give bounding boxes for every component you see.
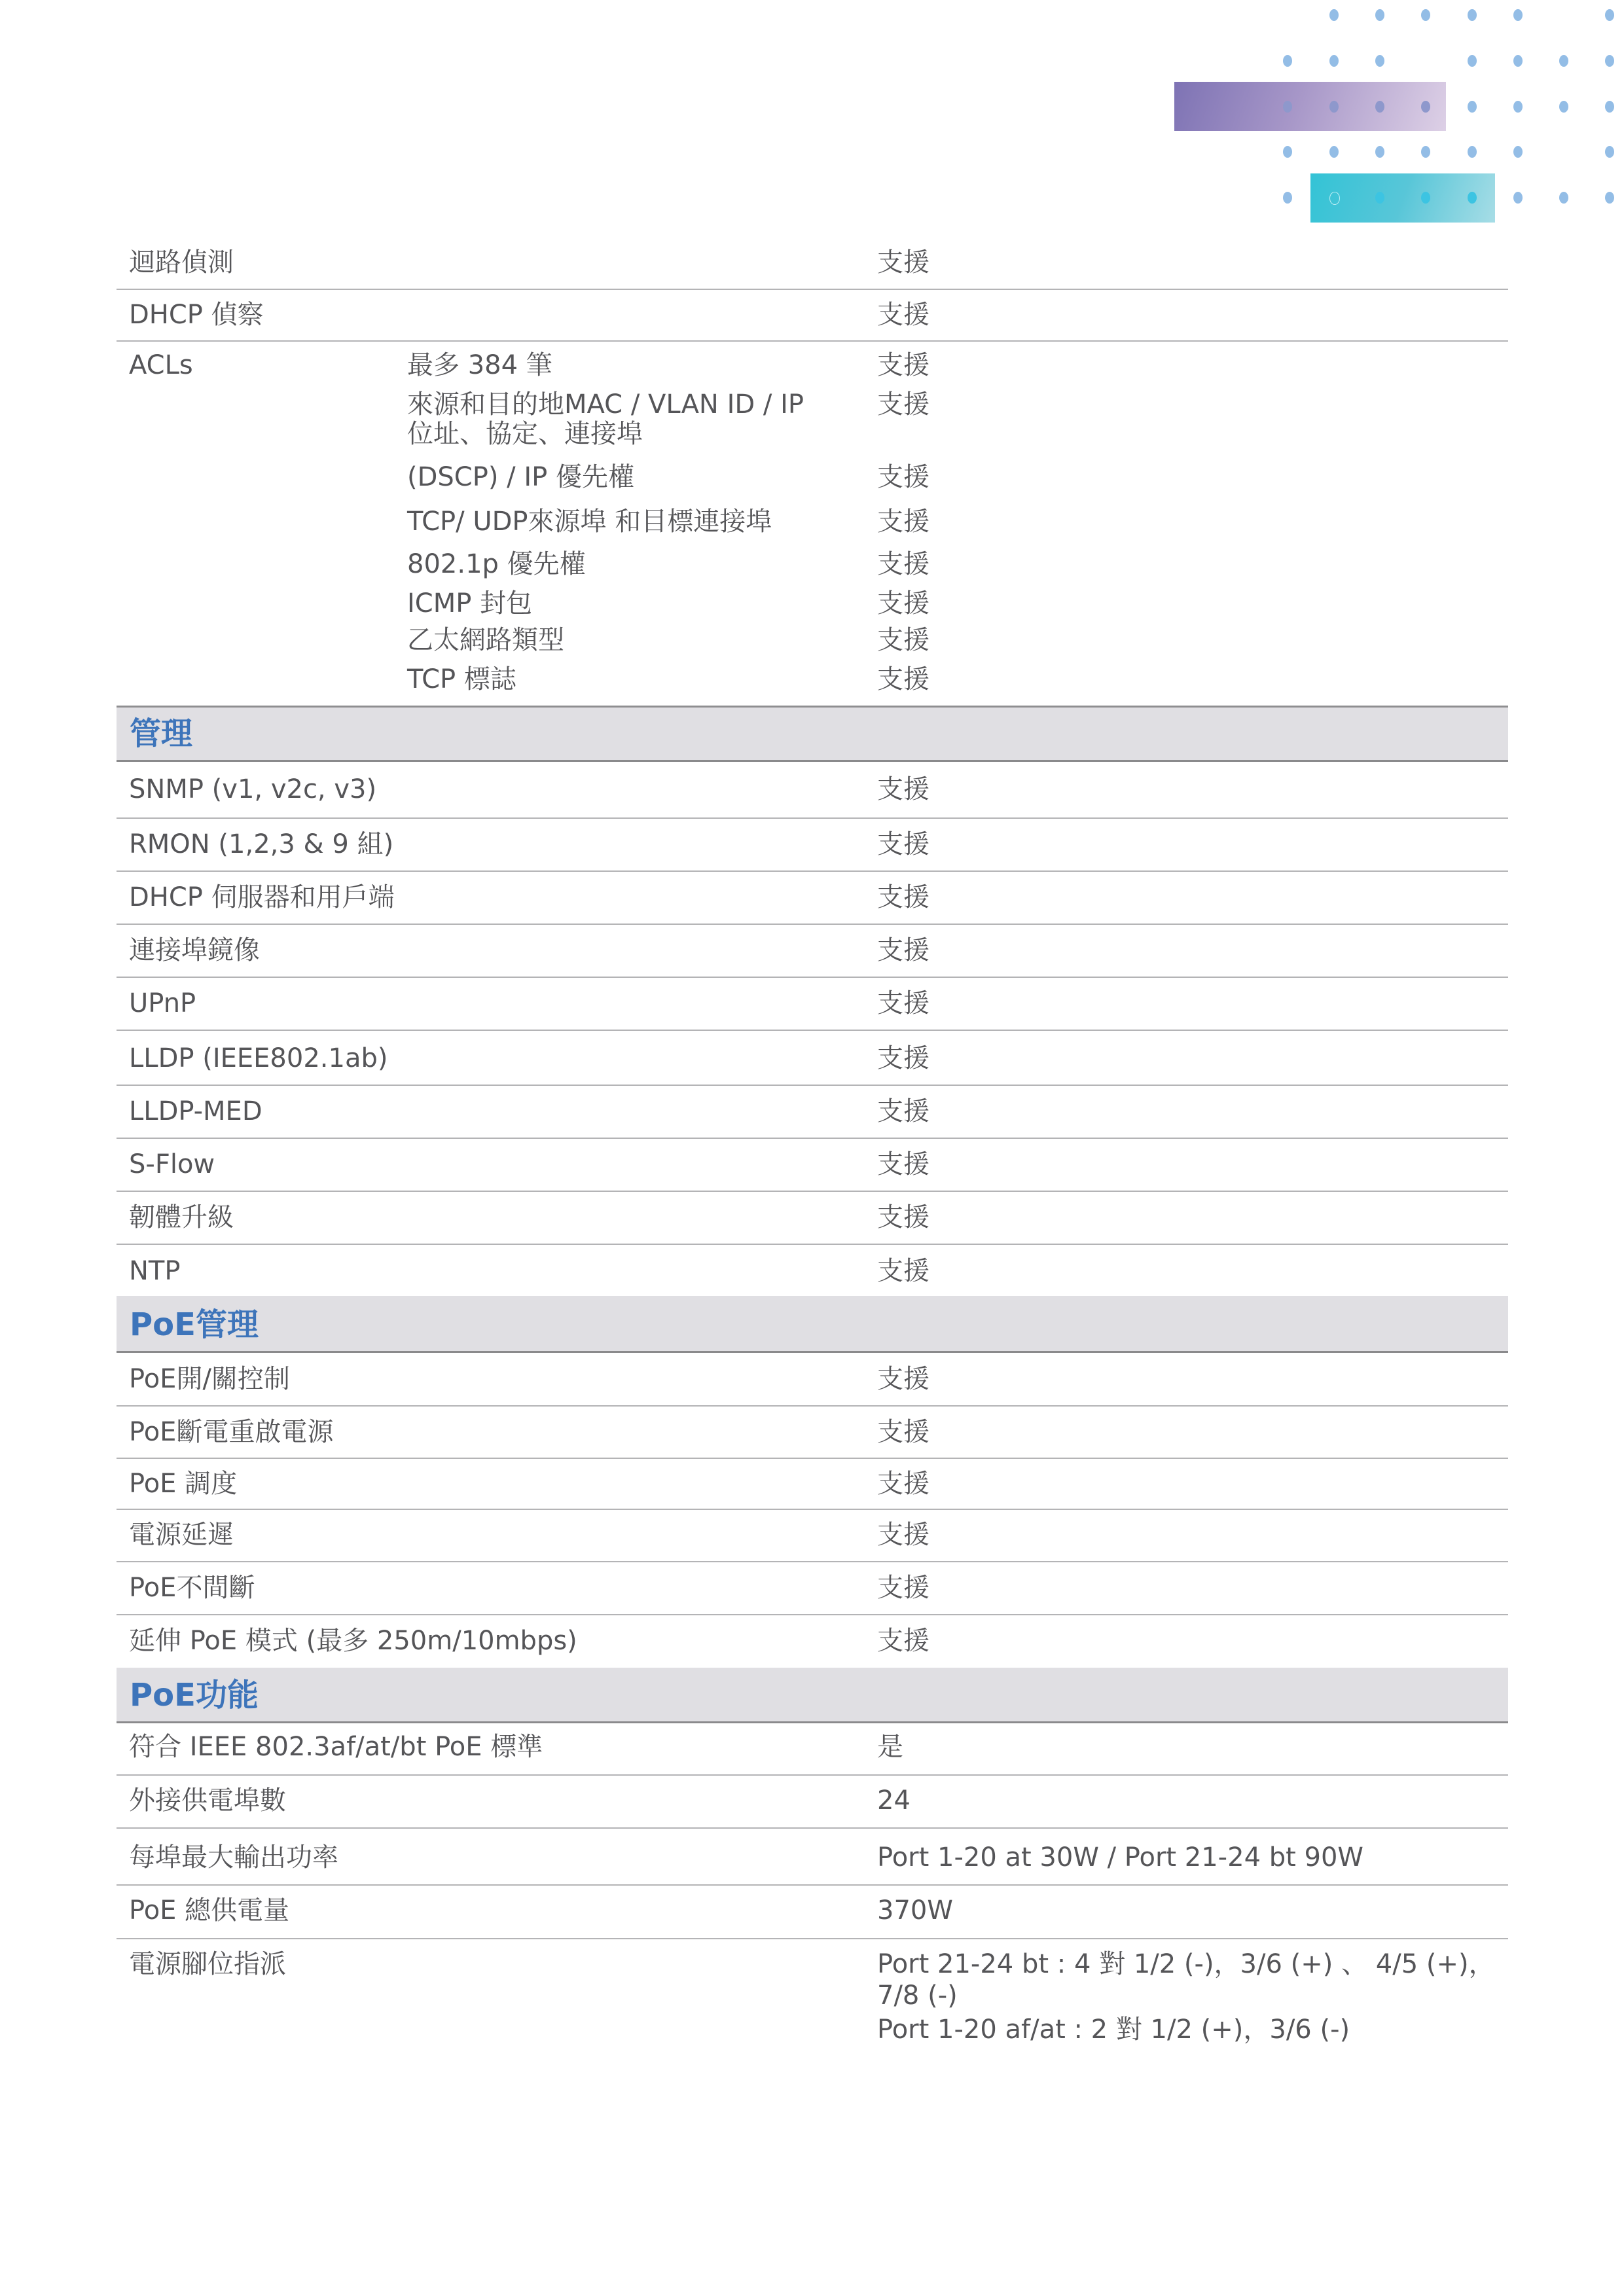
acl-item-label: (DSCP) / IP 優先權 bbox=[407, 461, 634, 493]
spec-table: 迴路偵測 支援 DHCP 偵察 支援 ACLs 最多 384 筆 支援 來源和目… bbox=[117, 236, 1508, 2070]
section-title: 管理 bbox=[130, 715, 192, 752]
spec-row: 每埠最大輸出功率 Port 1-20 at 30W / Port 21-24 b… bbox=[117, 1829, 1508, 1886]
acls-label: ACLs bbox=[129, 350, 193, 381]
spec-label: LLDP (IEEE802.1ab) bbox=[129, 1043, 388, 1074]
spec-label: NTP bbox=[129, 1255, 180, 1287]
spec-value: 支援 bbox=[877, 1625, 929, 1657]
acl-item-label: 最多 384 筆 bbox=[407, 350, 552, 381]
spec-value: Port 21-24 bt : 4 對 1/2 (-)，3/6 (+) 、 4/… bbox=[877, 1948, 1506, 2011]
acl-item-value: 支援 bbox=[877, 588, 929, 619]
dot-icon bbox=[1283, 55, 1292, 67]
spec-row: PoE不間斷 支援 bbox=[117, 1562, 1508, 1615]
spec-row: SNMP (v1, v2c, v3) 支援 bbox=[117, 762, 1508, 819]
acl-item-label: ICMP 封包 bbox=[407, 588, 532, 619]
spec-value: 支援 bbox=[877, 1255, 929, 1287]
spec-value: 支援 bbox=[877, 882, 929, 913]
acl-item-value: 支援 bbox=[877, 389, 929, 420]
dot-icon bbox=[1605, 146, 1614, 158]
dot-icon bbox=[1329, 9, 1339, 21]
header-decoration bbox=[0, 0, 1624, 236]
spec-row: 延伸 PoE 模式 (最多 250m/10mbps) 支援 bbox=[117, 1615, 1508, 1668]
spec-label: 電源腳位指派 bbox=[129, 1948, 286, 1980]
spec-row: PoE開/關控制 支援 bbox=[117, 1353, 1508, 1407]
dot-icon bbox=[1468, 55, 1477, 67]
dot-icon bbox=[1605, 55, 1614, 67]
spec-value: 支援 bbox=[877, 1572, 929, 1604]
section-header-poe-management: PoE管理 bbox=[117, 1296, 1508, 1353]
acl-item-value: 支援 bbox=[877, 548, 929, 580]
spec-value: 支援 bbox=[877, 1202, 929, 1233]
spec-label: 每埠最大輸出功率 bbox=[129, 1842, 338, 1873]
spec-value: 支援 bbox=[877, 1468, 929, 1499]
spec-label: UPnP bbox=[129, 988, 196, 1019]
spec-value: 支援 bbox=[877, 1043, 929, 1074]
spec-label: 外接供電埠數 bbox=[129, 1785, 286, 1816]
acl-item-label: 來源和目的地MAC / VLAN ID / IP bbox=[407, 389, 804, 420]
acls-block: ACLs 最多 384 筆 支援 來源和目的地MAC / VLAN ID / I… bbox=[117, 342, 1508, 706]
spec-label: LLDP-MED bbox=[129, 1096, 262, 1127]
acl-item-label: 乙太網路類型 bbox=[407, 624, 564, 656]
spec-row: 電源延遲 支援 bbox=[117, 1510, 1508, 1562]
spec-value: 支援 bbox=[877, 1149, 929, 1180]
spec-label: 電源延遲 bbox=[129, 1519, 234, 1551]
spec-value: 支援 bbox=[877, 829, 929, 860]
dot-icon bbox=[1421, 192, 1430, 204]
spec-value-cont: Port 1-20 af/at : 2 對 1/2 (+)，3/6 (-) bbox=[877, 2014, 1350, 2045]
spec-row: PoE 總供電量 370W bbox=[117, 1886, 1508, 1939]
dot-icon bbox=[1559, 101, 1568, 113]
dot-icon bbox=[1375, 101, 1384, 113]
dot-icon bbox=[1421, 9, 1430, 21]
acl-item-label: TCP 標誌 bbox=[407, 664, 516, 695]
acl-item-value: 支援 bbox=[877, 350, 929, 381]
dot-icon bbox=[1283, 146, 1292, 158]
dot-outline-icon bbox=[1329, 192, 1340, 205]
dot-icon bbox=[1513, 101, 1523, 113]
spec-row: 韌體升級 支援 bbox=[117, 1192, 1508, 1245]
dot-icon bbox=[1468, 192, 1477, 204]
spec-label: PoE 總供電量 bbox=[129, 1895, 289, 1926]
spec-row: PoE斷電重啟電源 支援 bbox=[117, 1407, 1508, 1459]
dot-icon bbox=[1329, 146, 1339, 158]
acl-item-label: TCP/ UDP來源埠 和目標連接埠 bbox=[407, 506, 772, 537]
spec-value: 是 bbox=[877, 1731, 903, 1763]
spec-row: DHCP 伺服器和用戶端 支援 bbox=[117, 872, 1508, 925]
dot-icon bbox=[1513, 55, 1523, 67]
section-title: PoE管理 bbox=[130, 1306, 259, 1343]
spec-label: PoE開/關控制 bbox=[129, 1363, 290, 1395]
spec-label: 韌體升級 bbox=[129, 1202, 234, 1233]
spec-label: 連接埠鏡像 bbox=[129, 935, 260, 966]
spec-label: SNMP (v1, v2c, v3) bbox=[129, 774, 376, 805]
dot-icon bbox=[1559, 192, 1568, 204]
spec-value: Port 1-20 at 30W / Port 21-24 bt 90W bbox=[877, 1842, 1363, 1873]
spec-label: 延伸 PoE 模式 (最多 250m/10mbps) bbox=[129, 1625, 577, 1657]
spec-value: 支援 bbox=[877, 1519, 929, 1551]
spec-row: 外接供電埠數 24 bbox=[117, 1776, 1508, 1829]
spec-row: NTP 支援 bbox=[117, 1245, 1508, 1296]
acl-item-value: 支援 bbox=[877, 461, 929, 493]
spec-label: DHCP 偵察 bbox=[129, 299, 264, 331]
purple-gradient-bar bbox=[1174, 82, 1446, 131]
dot-icon bbox=[1513, 192, 1523, 204]
dot-icon bbox=[1559, 55, 1568, 67]
spec-label: PoE不間斷 bbox=[129, 1572, 255, 1604]
dot-icon bbox=[1375, 146, 1384, 158]
section-title: PoE功能 bbox=[130, 1677, 259, 1713]
dot-icon bbox=[1421, 101, 1430, 113]
dot-icon bbox=[1468, 101, 1477, 113]
dot-icon bbox=[1375, 192, 1384, 204]
acl-item-label: 802.1p 優先權 bbox=[407, 548, 586, 580]
spec-label: PoE 調度 bbox=[129, 1468, 237, 1499]
dot-icon bbox=[1513, 146, 1523, 158]
spec-row: 迴路偵測 支援 bbox=[117, 236, 1508, 290]
spec-value: 支援 bbox=[877, 247, 929, 278]
dot-icon bbox=[1421, 146, 1430, 158]
dot-icon bbox=[1375, 55, 1384, 67]
spec-label: DHCP 伺服器和用戶端 bbox=[129, 882, 395, 913]
spec-label: S-Flow bbox=[129, 1149, 215, 1180]
spec-row: UPnP 支援 bbox=[117, 978, 1508, 1031]
acl-item-label-cont: 位址、協定、連接埠 bbox=[407, 418, 643, 450]
dot-icon bbox=[1329, 55, 1339, 67]
spec-row: DHCP 偵察 支援 bbox=[117, 290, 1508, 342]
dot-icon bbox=[1283, 101, 1292, 113]
spec-label: 迴路偵測 bbox=[129, 247, 234, 278]
spec-value: 支援 bbox=[877, 299, 929, 331]
spec-row: LLDP (IEEE802.1ab) 支援 bbox=[117, 1031, 1508, 1086]
acl-item-value: 支援 bbox=[877, 624, 929, 656]
spec-row: 電源腳位指派 Port 21-24 bt : 4 對 1/2 (-)，3/6 (… bbox=[117, 1939, 1508, 2070]
dot-icon bbox=[1468, 9, 1477, 21]
spec-value: 支援 bbox=[877, 988, 929, 1019]
dot-icon bbox=[1513, 9, 1523, 21]
acl-item-value: 支援 bbox=[877, 506, 929, 537]
spec-value: 支援 bbox=[877, 1416, 929, 1448]
spec-row: LLDP-MED 支援 bbox=[117, 1086, 1508, 1139]
spec-row: RMON (1,2,3 & 9 組) 支援 bbox=[117, 819, 1508, 872]
spec-value: 支援 bbox=[877, 1363, 929, 1395]
spec-row: PoE 調度 支援 bbox=[117, 1459, 1508, 1510]
dot-icon bbox=[1605, 192, 1614, 204]
spec-label: PoE斷電重啟電源 bbox=[129, 1416, 333, 1448]
spec-value: 370W bbox=[877, 1895, 953, 1926]
acl-item-value: 支援 bbox=[877, 664, 929, 695]
section-header-management: 管理 bbox=[117, 706, 1508, 762]
dot-icon bbox=[1605, 101, 1614, 113]
spec-row: 符合 IEEE 802.3af/at/bt PoE 標準 是 bbox=[117, 1723, 1508, 1776]
dot-icon bbox=[1375, 9, 1384, 21]
spec-label: RMON (1,2,3 & 9 組) bbox=[129, 829, 393, 860]
spec-value: 24 bbox=[877, 1785, 911, 1816]
section-header-poe-features: PoE功能 bbox=[117, 1668, 1508, 1723]
spec-value: 支援 bbox=[877, 1096, 929, 1127]
spec-value: 支援 bbox=[877, 774, 929, 805]
dot-icon bbox=[1468, 146, 1477, 158]
dot-icon bbox=[1329, 101, 1339, 113]
dot-icon bbox=[1283, 192, 1292, 204]
spec-row: S-Flow 支援 bbox=[117, 1139, 1508, 1192]
spec-value: 支援 bbox=[877, 935, 929, 966]
spec-row: 連接埠鏡像 支援 bbox=[117, 925, 1508, 978]
dot-icon bbox=[1605, 9, 1614, 21]
spec-label: 符合 IEEE 802.3af/at/bt PoE 標準 bbox=[129, 1731, 543, 1763]
